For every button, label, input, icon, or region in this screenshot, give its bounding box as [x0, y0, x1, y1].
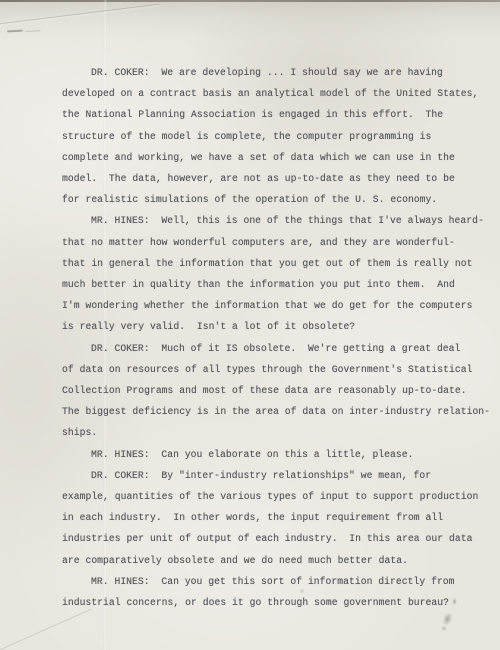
transcript-line: in each industry. In other words, the in…: [62, 507, 487, 528]
paper-sheet: DR. COKER: We are developing ... I shoul…: [0, 0, 500, 650]
transcript-line: for realistic simulations of the operati…: [62, 189, 487, 210]
transcript-line: I'm wondering whether the information th…: [62, 295, 487, 316]
transcript-line: that in general the information that you…: [62, 253, 487, 274]
paper-crease-bottom: [0, 609, 91, 650]
transcript-line: complete and working, we have a set of d…: [62, 147, 487, 168]
transcript-line: DR. COKER: Much of it IS obsolete. We're…: [62, 338, 487, 359]
transcript-line: MR. HINES: Well, this is one of the thin…: [62, 210, 487, 231]
transcript-line: the National Planning Association is eng…: [62, 104, 487, 125]
transcript-line: MR. HINES: Can you elaborate on this a l…: [62, 444, 487, 465]
stray-mark: [7, 30, 23, 33]
transcript-line: industries per unit of output of each in…: [62, 528, 487, 549]
transcript-line: Collection Programs and most of these da…: [62, 380, 487, 401]
transcript-line: of data on resources of all types throug…: [62, 359, 487, 380]
pencil-smudge: [441, 626, 447, 631]
transcript-line: that no matter how wonderful computers a…: [62, 232, 487, 253]
transcript-line: DR. COKER: By "inter-industry relationsh…: [62, 465, 487, 486]
transcript-line: ships.: [62, 422, 487, 443]
scan-edge: [0, 0, 500, 2]
transcript-line: MR. HINES: Can you get this sort of info…: [62, 571, 487, 592]
transcript-line: is really very valid. Isn't a lot of it …: [62, 316, 487, 337]
transcript-line: are comparatively obsolete and we do nee…: [62, 550, 487, 571]
transcript-line: example, quantities of the various types…: [62, 486, 487, 507]
transcript-line: developed on a contract basis an analyti…: [62, 83, 487, 104]
pencil-smudge: [441, 611, 454, 627]
transcript-line: structure of the model is complete, the …: [62, 126, 487, 147]
transcript-line: The biggest deficiency is in the area of…: [62, 401, 487, 422]
paper-crease-top: [0, 4, 159, 26]
transcript-line: much better in quality than the informat…: [62, 274, 487, 295]
transcript-line: DR. COKER: We are developing ... I shoul…: [62, 62, 487, 83]
transcript-line: model. The data, however, are not as up-…: [62, 168, 487, 189]
transcript: DR. COKER: We are developing ... I shoul…: [62, 62, 487, 613]
transcript-line: industrial concerns, or does it go throu…: [62, 592, 487, 613]
